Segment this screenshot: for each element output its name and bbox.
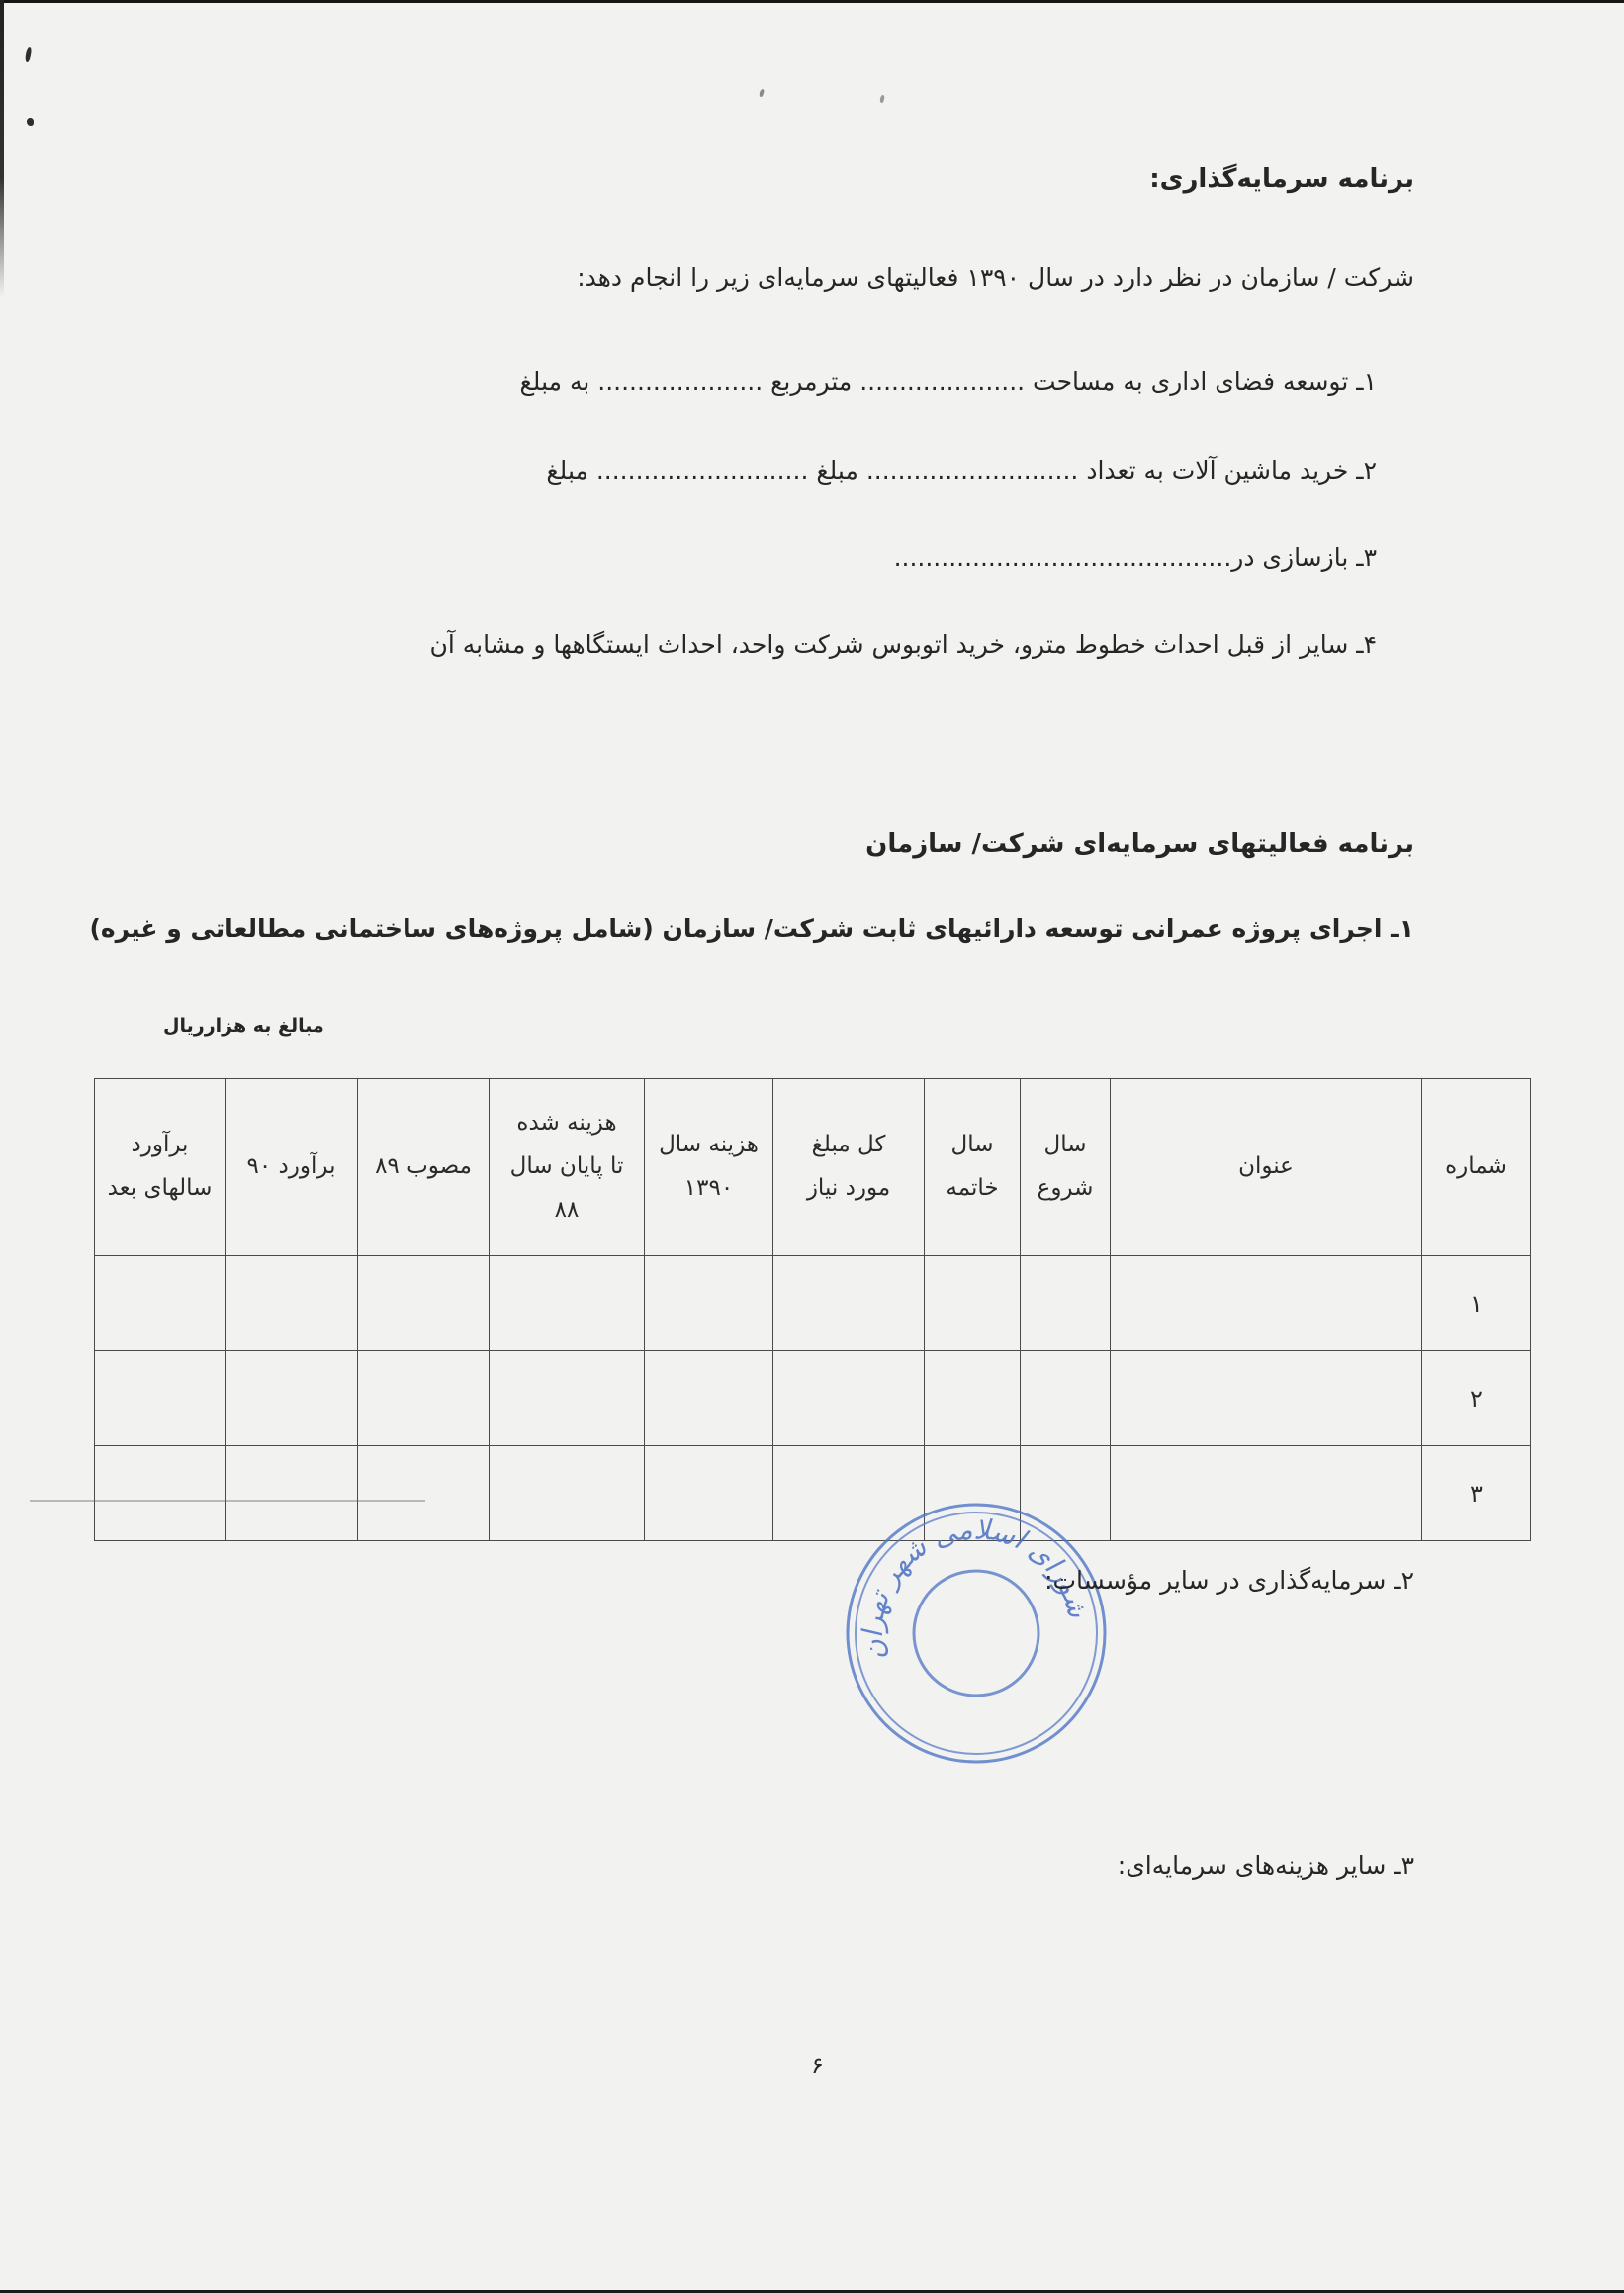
empty-cell [1111,1446,1422,1541]
col-header-spent-through-88: هزینه شده تا پایان سال ۸۸ [490,1079,645,1256]
empty-cell [773,1351,925,1446]
empty-cell [1111,1351,1422,1446]
empty-cell [226,1256,358,1351]
empty-cell [490,1256,645,1351]
intro-item-office-space: ۱ـ توسعه فضای اداری به مساحت ...........… [520,367,1378,396]
amounts-unit-note: مبالغ به هزارریال [163,1015,324,1037]
stamp-graphic: شورای اسلامی شهر تهران [811,1468,1141,1798]
empty-cell [1111,1256,1422,1351]
ink-speck [879,95,885,104]
intro-item-other-metro-bus: ۴ـ سایر از قبل احداث خطوط مترو، خرید اتو… [429,630,1377,659]
empty-cell [645,1351,773,1446]
empty-cell [925,1256,1021,1351]
empty-cell [358,1351,490,1446]
lead-paragraph: شرکت / سازمان در نظر دارد در سال ۱۳۹۰ فع… [577,263,1414,292]
ink-speck [759,89,765,98]
empty-cell [773,1256,925,1351]
official-stamp: شورای اسلامی شهر تهران [811,1468,1141,1798]
empty-cell [358,1446,490,1541]
empty-cell [226,1351,358,1446]
page-number: ۶ [811,2052,824,2079]
intro-item-machinery-purchase: ۲ـ خرید ماشین آلات به تعداد ............… [546,456,1377,485]
empty-cell [1021,1256,1111,1351]
empty-cell [490,1351,645,1446]
col-header-start-year: سال شروع [1021,1079,1111,1256]
activities-item-other-institutions: ۲ـ سرمایه‌گذاری در سایر مؤسسات: [1044,1566,1414,1595]
scan-edge-top [0,0,1624,3]
col-header-estimate-90: برآورد ۹۰ [226,1079,358,1256]
ink-speck [24,47,32,63]
empty-cell [925,1351,1021,1446]
empty-cell [645,1256,773,1351]
empty-cell [95,1256,226,1351]
empty-cell [490,1446,645,1541]
activities-item-construction-projects: ۱ـ اجرای پروژه عمرانی توسعه دارائیهای ثا… [89,914,1414,943]
row-number-cell: ۱ [1422,1256,1531,1351]
col-header-cost-1390: هزینه سال ۱۳۹۰ [645,1079,773,1256]
empty-cell [645,1446,773,1541]
table-row: ۲ [95,1351,1531,1446]
table-header-row: شماره عنوان سال شروع سال خاتمه کل مبلغ م… [95,1079,1531,1256]
col-header-title: عنوان [1111,1079,1422,1256]
empty-cell [1021,1351,1111,1446]
scan-edge-left [0,0,4,297]
col-header-total-required: کل مبلغ مورد نیاز [773,1079,925,1256]
projects-table: شماره عنوان سال شروع سال خاتمه کل مبلغ م… [95,1078,1531,1541]
activities-item-other-capital-costs: ۳ـ سایر هزینه‌های سرمایه‌ای: [1118,1851,1414,1880]
col-header-approved-89: مصوب ۸۹ [358,1079,490,1256]
col-header-end-year: سال خاتمه [925,1079,1021,1256]
table-row: ۱ [95,1256,1531,1351]
scanned-document-page: برنامه سرمایه‌گذاری: شرکت / سازمان در نظ… [0,0,1624,2293]
empty-cell [95,1351,226,1446]
row-number-cell: ۲ [1422,1351,1531,1446]
intro-item-renovation: ۳ـ بازسازی در...........................… [894,543,1377,572]
empty-cell [226,1446,358,1541]
row-number-cell: ۳ [1422,1446,1531,1541]
col-header-estimate-later-years: برآورد سالهای بعد [95,1079,226,1256]
empty-cell [95,1446,226,1541]
col-header-number: شماره [1422,1079,1531,1256]
section-heading-capital-activities: برنامه فعالیتهای سرمایه‌ای شرکت/ سازمان [865,829,1414,859]
stamp-inner-circle [902,1559,1049,1706]
empty-cell [358,1256,490,1351]
ink-speck [27,118,34,126]
section-heading-investment-program: برنامه سرمایه‌گذاری: [1149,164,1414,194]
